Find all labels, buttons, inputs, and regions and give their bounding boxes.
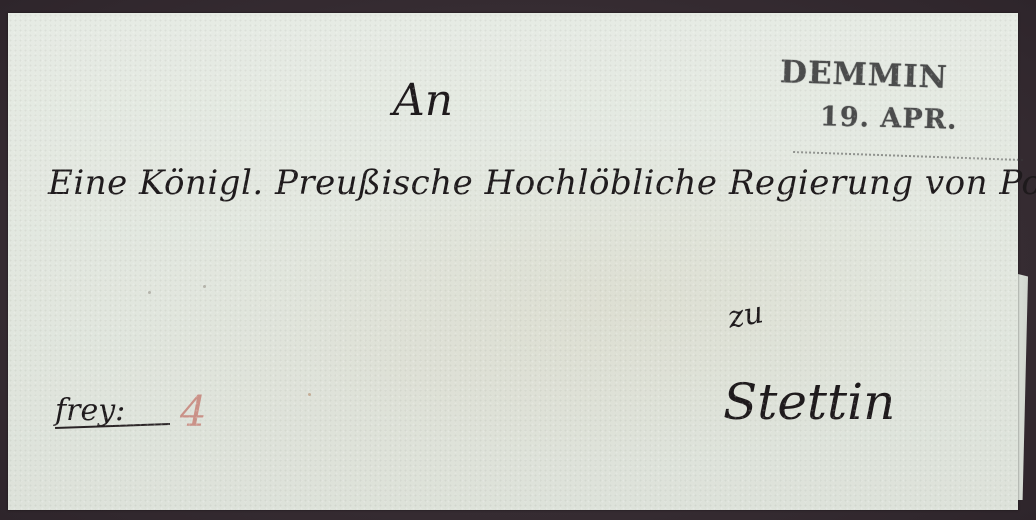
postal-cover: DEMMIN 19. APR. An Eine Königl. Preußisc… (8, 13, 1018, 510)
paper-speck (203, 285, 206, 288)
address-recipient: Eine Königl. Preußische Hochlöbliche Reg… (48, 163, 1036, 203)
red-rate-marking: 4 (180, 387, 207, 436)
franco-marking: frey: (55, 393, 125, 428)
address-city: Stettin (723, 373, 895, 431)
paper-speck (148, 291, 151, 294)
postmark-town: DEMMIN (779, 54, 948, 96)
address-preposition: zu (725, 295, 766, 336)
postmark-dotted-rule (793, 151, 1023, 161)
postmark-date: 19. APR. (820, 101, 958, 136)
straight-line-postmark: DEMMIN 19. APR. (768, 51, 1018, 171)
address-salutation: An (393, 75, 453, 126)
paper-speck (308, 393, 311, 396)
